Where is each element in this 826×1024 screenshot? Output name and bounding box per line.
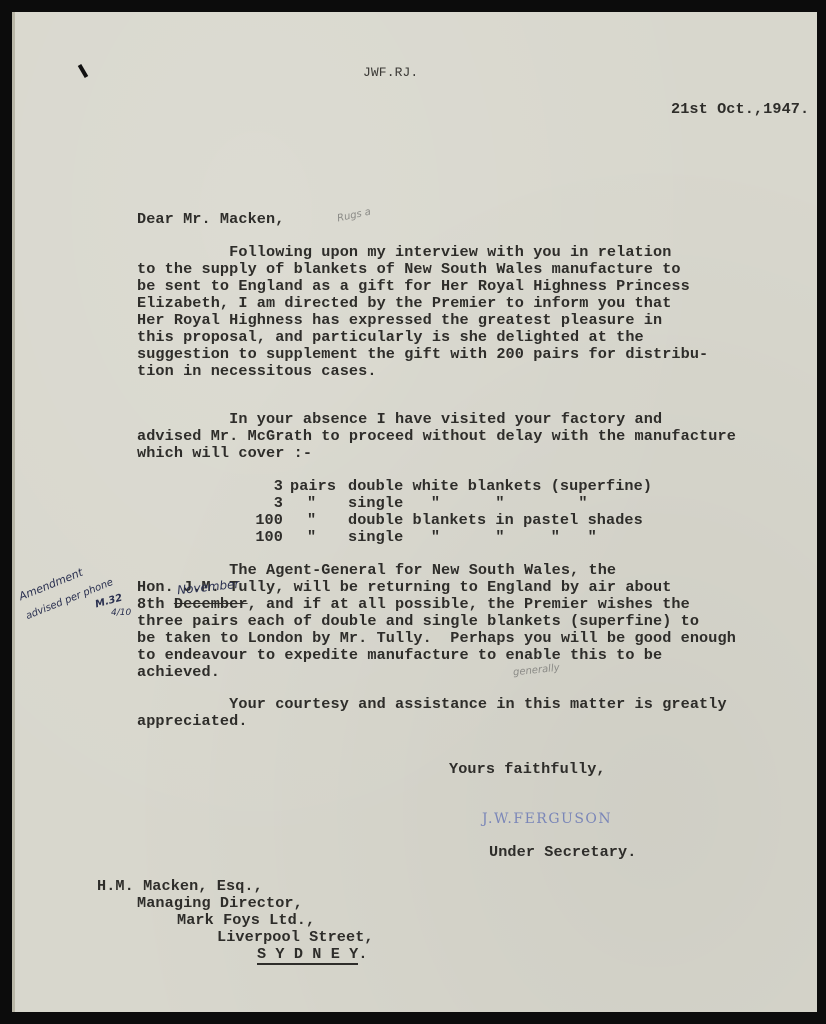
item-qty: 100 (243, 529, 283, 546)
address-line: Managing Director, (137, 895, 303, 912)
paragraph-line: achieved. (137, 664, 220, 681)
paragraph-line: advised Mr. McGrath to proceed without d… (137, 428, 736, 445)
paragraph-line: suggestion to supplement the gift with 2… (137, 346, 708, 363)
item-qty: 3 (243, 478, 283, 495)
item-desc: double white blankets (superfine) (348, 478, 652, 495)
address-line: Mark Foys Ltd., (177, 912, 315, 929)
paragraph-line: Your courtesy and assistance in this mat… (137, 696, 727, 713)
paragraph-line: appreciated. (137, 713, 248, 730)
paragraph-line: be sent to England as a gift for Her Roy… (137, 278, 690, 295)
item-qty: 3 (243, 495, 283, 512)
paragraph-line: be taken to London by Mr. Tully. Perhaps… (137, 630, 736, 647)
paragraph-line: tion in necessitous cases. (137, 363, 377, 380)
paragraph-line: to endeavour to expedite manufacture to … (137, 647, 662, 664)
item-unit: " (307, 529, 316, 546)
paragraph-line: three pairs each of double and single bl… (137, 613, 699, 630)
letter-date: 21st Oct.,1947. (671, 101, 809, 118)
text: , and if at all possible, the Premier wi… (248, 595, 690, 613)
item-desc: double blankets in pastel shades (348, 512, 643, 529)
address-line: Liverpool Street, (217, 929, 374, 946)
text: 8th (137, 595, 174, 613)
ink-tick-mark (78, 64, 88, 78)
city-name: S Y D N E Y (257, 945, 358, 965)
paragraph-line: to the supply of blankets of New South W… (137, 261, 681, 278)
paragraph-line: The Agent-General for New South Wales, t… (137, 562, 616, 579)
margin-date: 4/10 (111, 608, 131, 618)
item-unit: pairs (290, 478, 336, 495)
paragraph-line: which will cover :- (137, 445, 312, 462)
paragraph-line: In your absence I have visited your fact… (137, 411, 662, 428)
reference-code: JWF.RJ. (363, 64, 418, 81)
letter-page: JWF.RJ. 21st Oct.,1947. Dear Mr. Macken,… (12, 12, 817, 1012)
item-desc: single " " " " (348, 529, 597, 546)
salutation: Dear Mr. Macken, (137, 211, 284, 228)
paragraph-line: Following upon my interview with you in … (137, 244, 671, 261)
paragraph-line: this proposal, and particularly is she d… (137, 329, 644, 346)
paragraph-line: Her Royal Highness has expressed the gre… (137, 312, 662, 329)
closing: Yours faithfully, (449, 761, 606, 778)
pencil-note: Rugs a (336, 207, 372, 225)
paragraph-line: 8th December, and if at all possible, th… (137, 596, 690, 613)
signature-stamp: J.W.FERGUSON (482, 811, 612, 827)
address-line: H.M. Macken, Esq., (97, 878, 263, 895)
pencil-insertion: generally (513, 663, 561, 679)
signatory-title: Under Secretary. (489, 844, 636, 861)
struck-word: December (174, 595, 248, 613)
item-unit: " (307, 495, 316, 512)
item-qty: 100 (243, 512, 283, 529)
item-unit: " (307, 512, 316, 529)
text: . (358, 945, 367, 963)
address-city: S Y D N E Y. (257, 946, 368, 963)
item-desc: single " " " (348, 495, 588, 512)
paragraph-line: Elizabeth, I am directed by the Premier … (137, 295, 671, 312)
